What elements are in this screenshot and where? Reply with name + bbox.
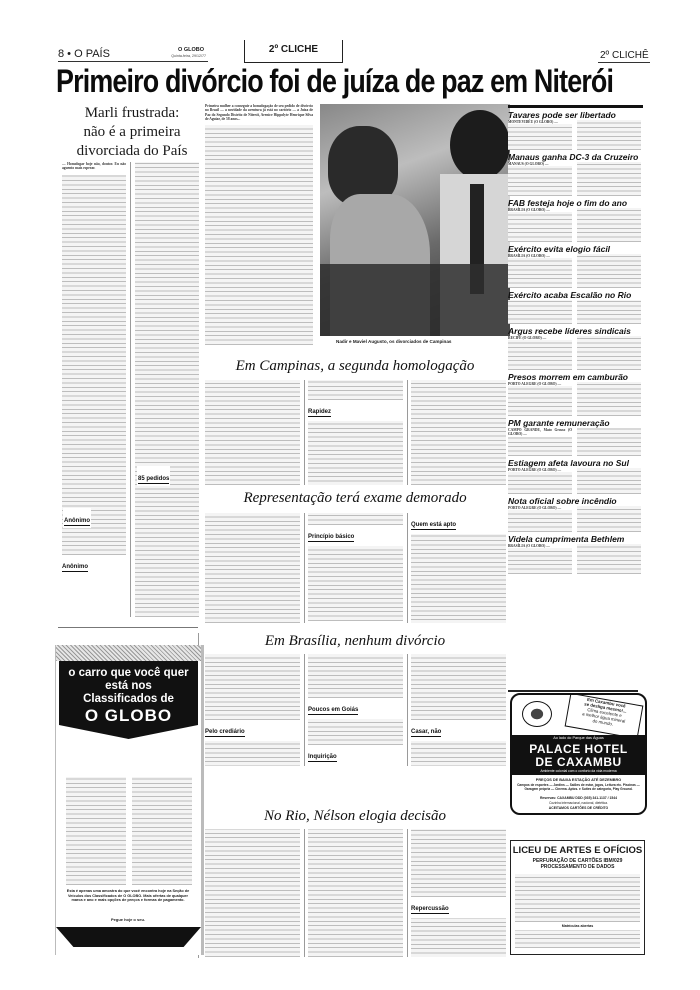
hotel-bubble: Em Caxambu você se desliga mesmo!... Cli…: [565, 693, 644, 739]
hotel-cuisine: Cozinha internacional, nacional, dietéti…: [512, 801, 645, 805]
briefs-bottom-rule: [508, 690, 638, 692]
rio-divider-1: [304, 829, 305, 957]
campinas-text-1: [205, 380, 300, 485]
brasilia-col-3: Casar, não: [411, 654, 506, 766]
representacao-text-3: [411, 534, 506, 623]
representacao-text-2b: [308, 546, 403, 621]
sidebar-subhead-anonimo: Anônimo: [62, 564, 88, 572]
rio-col-3: Repercussão: [411, 829, 506, 957]
subhead-anonimo: Anônimo: [64, 518, 90, 526]
ad-banner-text: o carro que você quer está nos Classific…: [59, 667, 198, 725]
brief-dateline: PORTO ALEGRE (O GLOBO) —: [508, 506, 572, 510]
sidebar-column-2: [135, 162, 199, 622]
brief-col-2: [577, 544, 641, 574]
brief-item: Tavares pode ser libertadoMONTEVIDÉU (O …: [508, 110, 644, 150]
brief-body: BRASÍLIA (O GLOBO) —: [508, 544, 644, 574]
ad-black-footer: [56, 927, 201, 947]
brief-body: PORTO ALEGRE (O GLOBO) —: [508, 506, 644, 532]
brief-title: Exército evita elogio fácil: [508, 244, 644, 254]
sidebar-title-line3: divorciada do País: [62, 142, 202, 161]
brief-title: Nota oficial sobre incêndio: [508, 496, 644, 506]
photo-foreground-shadow: [320, 264, 510, 336]
briefs-top-rule: [508, 105, 643, 108]
brief-col-1: [508, 208, 572, 242]
rio-text-1: [205, 829, 300, 957]
liceu-body: [515, 874, 640, 922]
paper-name: O GLOBO: [174, 47, 204, 53]
section-title-rio: No Rio, Nélson elogia decisão: [200, 808, 510, 825]
hotel-amenities: Campos de esportes — Jardins — Salões de…: [516, 784, 641, 792]
ad-line4: O GLOBO: [59, 706, 198, 725]
rio-text-3b: [411, 918, 506, 957]
subhead-quem-esta-apto: Quem está apto: [411, 522, 456, 530]
brief-item: Nota oficial sobre incêndioPORTO ALEGRE …: [508, 496, 644, 532]
rio-text-3a: [411, 829, 506, 897]
brief-title: Exército acaba Escalão no Rio: [508, 290, 644, 300]
hotel-prices: PREÇOS DE BAIXA ESTAÇÃO ATÉ DEZEMBRO: [512, 778, 645, 782]
representacao-divider-2: [407, 513, 408, 623]
section-title-campinas: Em Campinas, a segunda homologação: [200, 358, 510, 375]
brief-title: Tavares pode ser libertado: [508, 110, 644, 120]
masthead-rule-left: [58, 61, 208, 62]
brief-col-2: [577, 468, 641, 494]
section-title-representacao: Representação terá exame demorado: [200, 490, 510, 507]
campinas-col-1: [205, 380, 300, 485]
page-section-label: 8 • O PAÍS: [58, 48, 110, 60]
sidebar-title-line1: Marli frustrada:: [62, 104, 202, 123]
hotel-tagline-top: Ao lado do Parque das Águas: [512, 736, 645, 740]
brasilia-text-2a: [308, 654, 403, 698]
brief-title: FAB festeja hoje o fim do ano: [508, 198, 644, 208]
brief-dateline: RECIFE (O GLOBO) —: [508, 336, 572, 340]
hotel-crest-icon: [522, 701, 552, 727]
subhead-rapidez: Rapidez: [308, 409, 331, 417]
ad-line3: Classificados de: [59, 693, 198, 706]
photo-caption: Nadir e Maviel Augusto, os divorciados d…: [336, 339, 451, 344]
brief-col-2: [577, 208, 641, 242]
brief-body: RECIFE (O GLOBO) —: [508, 336, 644, 370]
brief-item: Exército evita elogio fácilBRASÍLIA (O G…: [508, 244, 644, 288]
ad-line1: o carro que você quer: [59, 667, 198, 680]
ad-line2: está nos: [59, 680, 198, 693]
hotel-cards: ACEITAMOS CARTÕES DE CRÉDITO: [512, 806, 645, 810]
brief-col-2: [577, 162, 641, 196]
brief-dateline: PORTO ALEGRE (O GLOBO) —: [508, 468, 572, 472]
subhead-pelo-crediario: Pelo crediário: [205, 729, 245, 737]
liceu-body-2: [515, 930, 640, 948]
brief-dateline: MONTEVIDÉU (O GLOBO) —: [508, 120, 572, 124]
subhead-repercussao: Repercussão: [411, 906, 449, 914]
brasilia-text-1b: [205, 741, 300, 766]
classificados-ad[interactable]: o carro que você quer está nos Classific…: [55, 645, 204, 955]
representacao-divider-1: [304, 513, 305, 623]
brief-item: Estiagem afeta lavoura no SulPORTO ALEGR…: [508, 458, 644, 494]
brief-title: Videla cumprimenta Bethlem: [508, 534, 644, 544]
brief-dateline: BRASÍLIA (O GLOBO) —: [508, 544, 572, 548]
photo-figure-man: [450, 110, 510, 180]
sidebar-title: Marli frustrada: não é a primeira divorc…: [62, 104, 202, 161]
brasilia-text-3a: [411, 654, 506, 720]
brief-col-1: [508, 544, 572, 574]
brief-item: Exército acaba Escalão no Rio: [508, 290, 644, 324]
brief-body: BRASÍLIA (O GLOBO) —: [508, 208, 644, 242]
sidebar-bottom-rule: [58, 627, 198, 628]
brief-item: Videla cumprimenta BethlemBRASÍLIA (O GL…: [508, 534, 644, 574]
liceu-note: Matrículas abertas: [511, 924, 644, 928]
campinas-text-2a: [308, 380, 403, 400]
paper-date: Quinta-feira, 29/12/77: [150, 54, 206, 58]
brief-title: PM garante remuneração: [508, 418, 644, 428]
lead-story-text: [205, 125, 313, 345]
sidebar-column-divider: [130, 162, 131, 617]
subhead-poucos-em-goias: Poucos em Goiás: [308, 707, 358, 715]
rio-text-2: [308, 829, 403, 957]
divorced-couple-photo: [320, 104, 510, 336]
lead-story-column: Primeira mulher a conseguir a homologaçã…: [205, 104, 313, 350]
rio-col-1: [205, 829, 300, 957]
brasilia-col-1: Pelo crediário: [205, 654, 300, 766]
brief-item: FAB festeja hoje o fim do anoBRASÍLIA (O…: [508, 198, 644, 242]
campinas-divider-2: [407, 380, 408, 485]
edition-box: 2º CLICHE: [244, 40, 343, 63]
campinas-col-3: [411, 380, 506, 485]
representacao-text-1: [205, 513, 300, 623]
brief-col-2: [577, 336, 641, 370]
brief-title: Manaus ganha DC-3 da Cruzeiro: [508, 152, 644, 162]
brief-body: PORTO ALEGRE (O GLOBO) —: [508, 382, 644, 416]
ad-signoff: Pegue hoje o seu.: [64, 917, 192, 922]
brief-col-1: [508, 162, 572, 196]
subhead-85-pedidos: 85 pedidos: [138, 476, 169, 484]
brasilia-text-1a: [205, 654, 300, 720]
hotel-reservations: Reservas: CAXAMBU DDD (035) 341-1137 / 1…: [512, 796, 645, 800]
section-title-brasilia: Em Brasília, nenhum divórcio: [200, 633, 510, 650]
brief-body: CAMPO GRANDE, Mato Grosso (O GLOBO) —: [508, 428, 644, 456]
brief-title: Presos morrem em camburão: [508, 372, 644, 382]
brief-title: Argus recebe líderes sindicais: [508, 326, 644, 336]
campinas-divider-1: [304, 380, 305, 485]
representacao-col-3: Quem está apto: [411, 513, 506, 623]
main-headline: Primeiro divórcio foi de juíza de paz em…: [56, 63, 560, 100]
brief-body: MANAUS (O GLOBO) —: [508, 162, 644, 196]
subhead-inquiricao: Inquirição: [308, 754, 337, 762]
brief-dateline: BRASÍLIA (O GLOBO) —: [508, 254, 572, 258]
representacao-text-2a: [308, 513, 403, 525]
brief-dateline: CAMPO GRANDE, Mato Grosso (O GLOBO) —: [508, 428, 572, 437]
brief-col-1: [508, 336, 572, 370]
brief-col-1: [508, 120, 572, 150]
sidebar-text-block: [62, 175, 126, 555]
liceu-ad[interactable]: LICEU DE ARTES E OFÍCIOS PERFURAÇÃO DE C…: [510, 840, 645, 955]
edition-label-right: 2º CLICHÊ: [600, 50, 649, 61]
sidebar-subhead-85-pedidos: 85 pedidos: [137, 466, 170, 486]
brief-col-2: [577, 506, 641, 532]
brasilia-text-3b: [411, 741, 506, 766]
campinas-col-2: Rapidez: [308, 380, 403, 485]
brief-col-1: [508, 300, 572, 324]
ad-footer-text: Esta é apenas uma amostra do que você en…: [64, 889, 192, 903]
brasilia-text-2b: [308, 719, 403, 745]
campinas-text-2b: [308, 421, 403, 485]
brief-item: PM garante remuneraçãoCAMPO GRANDE, Mato…: [508, 418, 644, 456]
brief-body: MONTEVIDÉU (O GLOBO) —: [508, 120, 644, 150]
brief-body: BRASÍLIA (O GLOBO) —: [508, 254, 644, 288]
edition-box-label: 2º CLICHE: [245, 44, 342, 55]
subhead-principio-basico: Princípio básico: [308, 534, 354, 542]
brasilia-divider-2: [407, 654, 408, 766]
brief-col-2: [577, 382, 641, 416]
ad-listings: [66, 777, 193, 885]
brief-title: Estiagem afeta lavoura no Sul: [508, 458, 644, 468]
liceu-title: LICEU DE ARTES E OFÍCIOS: [511, 845, 644, 856]
brief-col-1: [508, 254, 572, 288]
brief-item: Presos morrem em camburãoPORTO ALEGRE (O…: [508, 372, 644, 416]
brasilia-col-2: Poucos em Goiás Inquirição: [308, 654, 403, 766]
sidebar-subhead-anonimo-box: Anônimo: [63, 508, 91, 528]
sidebar-text-block-2: [135, 162, 199, 617]
brief-dateline: MANAUS (O GLOBO) —: [508, 162, 572, 166]
lead-story-opening: Primeira mulher a conseguir a homologaçã…: [205, 104, 313, 122]
sidebar-lead: — Homologar hoje não, doutor. Eu não agu…: [62, 162, 126, 171]
sidebar-column-1: — Homologar hoje não, doutor. Eu não agu…: [62, 162, 126, 622]
palace-hotel-ad[interactable]: Em Caxambu você se desliga mesmo!... Cli…: [510, 693, 647, 815]
brief-col-2: [577, 428, 641, 456]
brief-item: Manaus ganha DC-3 da CruzeiroMANAUS (O G…: [508, 152, 644, 196]
brief-item: Argus recebe líderes sindicaisRECIFE (O …: [508, 326, 644, 370]
brief-dateline: BRASÍLIA (O GLOBO) —: [508, 208, 572, 212]
hotel-tagline-bottom: Ambiente colonial com o conforto da vida…: [512, 769, 645, 773]
brief-col-2: [577, 254, 641, 288]
brief-col-2: [577, 300, 641, 324]
brief-dateline: PORTO ALEGRE (O GLOBO) —: [508, 382, 572, 386]
brasilia-divider-1: [304, 654, 305, 766]
brief-col-1: [508, 382, 572, 416]
ad-listings-col-1: [66, 777, 126, 885]
rio-col-2: [308, 829, 403, 957]
brief-col-2: [577, 120, 641, 150]
campinas-text-3: [411, 380, 506, 485]
subhead-casar-nao: Casar, não: [411, 729, 441, 737]
representacao-col-2: Princípio básico: [308, 513, 403, 623]
rio-divider-2: [407, 829, 408, 957]
hotel-name-line2: DE CAXAMBU: [512, 755, 645, 769]
ad-hatched-top: [56, 645, 201, 661]
brief-body: PORTO ALEGRE (O GLOBO) —: [508, 468, 644, 494]
representacao-col-1: [205, 513, 300, 623]
liceu-subtitle2: PROCESSAMENTO DE DADOS: [511, 864, 644, 870]
briefs-column: Tavares pode ser libertadoMONTEVIDÉU (O …: [508, 110, 644, 588]
ad-listings-col-2: [132, 777, 192, 885]
hotel-name-line1: PALACE HOTEL: [512, 742, 645, 756]
sidebar-title-line2: não é a primeira: [62, 123, 202, 142]
brief-body: [508, 300, 644, 324]
